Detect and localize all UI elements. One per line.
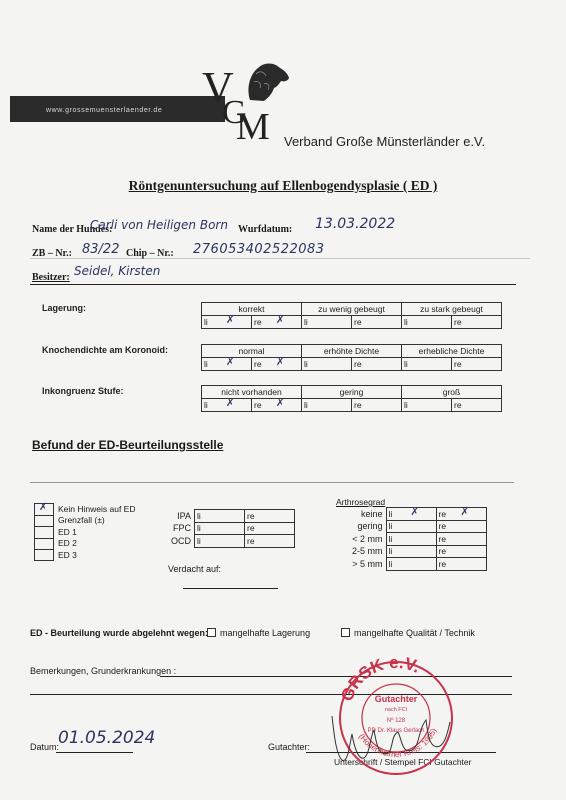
- suspicion-label: Verdacht auf:: [168, 564, 221, 574]
- logo-letter-m: M: [236, 108, 270, 146]
- cell-left[interactable]: li: [195, 535, 245, 548]
- ed-grade-option[interactable]: ED 3: [34, 549, 135, 561]
- remarks-label: Bemerkungen, Grunderkrankungen :: [30, 666, 176, 676]
- ed-grade-option[interactable]: Grenzfall (±): [34, 515, 135, 527]
- birth-date-label: Wurfdatum:: [238, 224, 292, 235]
- suspicion-field[interactable]: [183, 588, 278, 589]
- positioning-table: korrekt zu wenig gebeugt zu stark gebeug…: [201, 302, 502, 329]
- rejection-option-positioning[interactable]: mangelhafte Lagerung: [207, 628, 310, 638]
- column-header: nicht vorhanden: [202, 386, 302, 399]
- cell-left[interactable]: li: [402, 358, 452, 371]
- zb-number-label: ZB – Nr.:: [32, 248, 72, 259]
- cell-right[interactable]: re: [352, 399, 402, 412]
- bone-density-table: normal erhöhte Dichte erhebliche Dichte …: [201, 344, 502, 371]
- cell-right[interactable]: re: [436, 520, 486, 533]
- column-header: groß: [402, 386, 502, 399]
- column-header: korrekt: [202, 303, 302, 316]
- date-field[interactable]: 01.05.2024: [58, 728, 155, 748]
- cell-right[interactable]: re: [436, 533, 486, 546]
- arthrosis-label: 2-5 mm: [350, 545, 386, 558]
- owner-underline: [30, 284, 516, 285]
- checkbox[interactable]: [34, 549, 54, 561]
- check-mark-icon: ✗: [461, 507, 469, 518]
- zb-number-field[interactable]: 83/22: [82, 242, 119, 257]
- examiner-label: Gutachter:: [268, 742, 310, 752]
- date-label: Datum:: [30, 742, 59, 752]
- cell-left[interactable]: li: [302, 316, 352, 329]
- findings-table: IPA li re FPC li re OCD li re: [169, 509, 295, 548]
- cell-right[interactable]: re✗: [252, 316, 302, 329]
- cell-right[interactable]: re: [352, 316, 402, 329]
- check-mark-icon: ✗: [411, 507, 419, 518]
- cell-left[interactable]: li✗: [202, 358, 252, 371]
- check-mark-icon: ✗: [226, 357, 234, 368]
- arthrosis-table: keine li✗ re✗ gering li re < 2 mm li re …: [350, 507, 487, 571]
- svg-text:Nº 128: Nº 128: [387, 717, 406, 724]
- findings-heading: Befund der ED-Beurteilungsstelle: [32, 438, 223, 452]
- cell-left[interactable]: li: [386, 558, 436, 571]
- column-header: normal: [202, 345, 302, 358]
- check-mark-icon: ✗: [39, 502, 47, 513]
- cell-right[interactable]: re: [245, 522, 295, 535]
- arthrosis-label: < 2 mm: [350, 533, 386, 546]
- ed-grade-option[interactable]: ED 1: [34, 526, 135, 538]
- checkbox[interactable]: [207, 628, 216, 637]
- cell-right[interactable]: re: [245, 535, 295, 548]
- cell-left[interactable]: li: [386, 533, 436, 546]
- cell-right[interactable]: re✗: [436, 508, 486, 521]
- checkbox[interactable]: [34, 526, 54, 538]
- rejection-label: ED - Beurteilung wurde abgelehnt wegen:: [30, 628, 208, 638]
- svg-text:Gutachter: Gutachter: [375, 694, 418, 704]
- website-url: www.grossemuensterlaender.de: [46, 107, 162, 114]
- incongruence-table: nicht vorhanden gering groß li✗ re✗ li r…: [201, 385, 502, 412]
- cell-right[interactable]: re: [452, 316, 502, 329]
- incongruence-label: Inkongruenz Stufe:: [42, 386, 124, 396]
- arthrosis-label: > 5 mm: [350, 558, 386, 571]
- finding-label: IPA: [169, 510, 195, 523]
- check-mark-icon: ✗: [276, 357, 284, 368]
- finding-label: OCD: [169, 535, 195, 548]
- ed-grade-option[interactable]: ED 2: [34, 538, 135, 550]
- arthrosis-label: gering: [350, 520, 386, 533]
- checkbox[interactable]: [341, 628, 350, 637]
- column-header: gering: [302, 386, 402, 399]
- cell-right[interactable]: re✗: [252, 358, 302, 371]
- cell-right[interactable]: re: [452, 399, 502, 412]
- dog-name-field[interactable]: Carli von Heiligen Born: [90, 218, 228, 232]
- cell-left[interactable]: li: [195, 522, 245, 535]
- cell-right[interactable]: re✗: [252, 399, 302, 412]
- chip-number-field[interactable]: 276053402522083: [193, 242, 325, 257]
- check-mark-icon: ✗: [226, 398, 234, 409]
- divider: [30, 482, 514, 483]
- check-mark-icon: ✗: [276, 398, 284, 409]
- checkbox[interactable]: [34, 538, 54, 550]
- cell-right[interactable]: re: [436, 545, 486, 558]
- column-header: erhebliche Dichte: [402, 345, 502, 358]
- check-mark-icon: ✗: [276, 315, 284, 326]
- column-header: zu wenig gebeugt: [302, 303, 402, 316]
- cell-right[interactable]: re: [452, 358, 502, 371]
- arthrosis-label: keine: [350, 508, 386, 521]
- owner-field[interactable]: Seidel, Kirsten: [74, 264, 160, 278]
- positioning-label: Lagerung:: [42, 303, 86, 313]
- rejection-option-quality[interactable]: mangelhafte Qualität / Technik: [341, 628, 475, 638]
- cell-left[interactable]: li✗: [386, 508, 436, 521]
- cell-right[interactable]: re: [436, 558, 486, 571]
- cell-right[interactable]: re: [352, 358, 402, 371]
- column-header: erhöhte Dichte: [302, 345, 402, 358]
- checkbox[interactable]: ✗: [34, 503, 54, 515]
- owner-label: Besitzer:: [32, 272, 70, 283]
- document-title: Röntgenuntersuchung auf Ellenbogendyspla…: [0, 178, 566, 194]
- cell-right[interactable]: re: [245, 510, 295, 523]
- cell-left[interactable]: li: [302, 399, 352, 412]
- check-mark-icon: ✗: [226, 315, 234, 326]
- organization-name: Verband Große Münsterländer e.V.: [284, 134, 485, 149]
- ed-grade-option[interactable]: ✗ Kein Hinweis auf ED: [34, 503, 135, 515]
- official-stamp-icon: GRSK e.V. (Hohenheimer Kreis: 1995) Guta…: [320, 650, 472, 778]
- checkbox[interactable]: [34, 515, 54, 527]
- cell-left[interactable]: li: [386, 545, 436, 558]
- birth-date-field[interactable]: 13.03.2022: [315, 216, 395, 232]
- bone-density-label: Knochendichte am Koronoid:: [42, 345, 168, 355]
- finding-label: FPC: [169, 522, 195, 535]
- ed-grade-list: ✗ Kein Hinweis auf ED Grenzfall (±) ED 1…: [34, 503, 135, 561]
- svg-text:nach FCI: nach FCI: [385, 707, 408, 713]
- cell-left[interactable]: li✗: [202, 399, 252, 412]
- dog-head-logo-icon: [244, 60, 290, 102]
- cell-left[interactable]: li✗: [202, 316, 252, 329]
- cell-left[interactable]: li: [302, 358, 352, 371]
- date-underline: [56, 752, 133, 753]
- divider: [30, 258, 530, 259]
- cell-left[interactable]: li: [195, 510, 245, 523]
- cell-left[interactable]: li: [402, 399, 452, 412]
- arthrosis-heading: Arthrosegrad: [336, 497, 385, 507]
- chip-number-label: Chip – Nr.:: [126, 248, 174, 259]
- cell-left[interactable]: li: [386, 520, 436, 533]
- column-header: zu stark gebeugt: [402, 303, 502, 316]
- cell-left[interactable]: li: [402, 316, 452, 329]
